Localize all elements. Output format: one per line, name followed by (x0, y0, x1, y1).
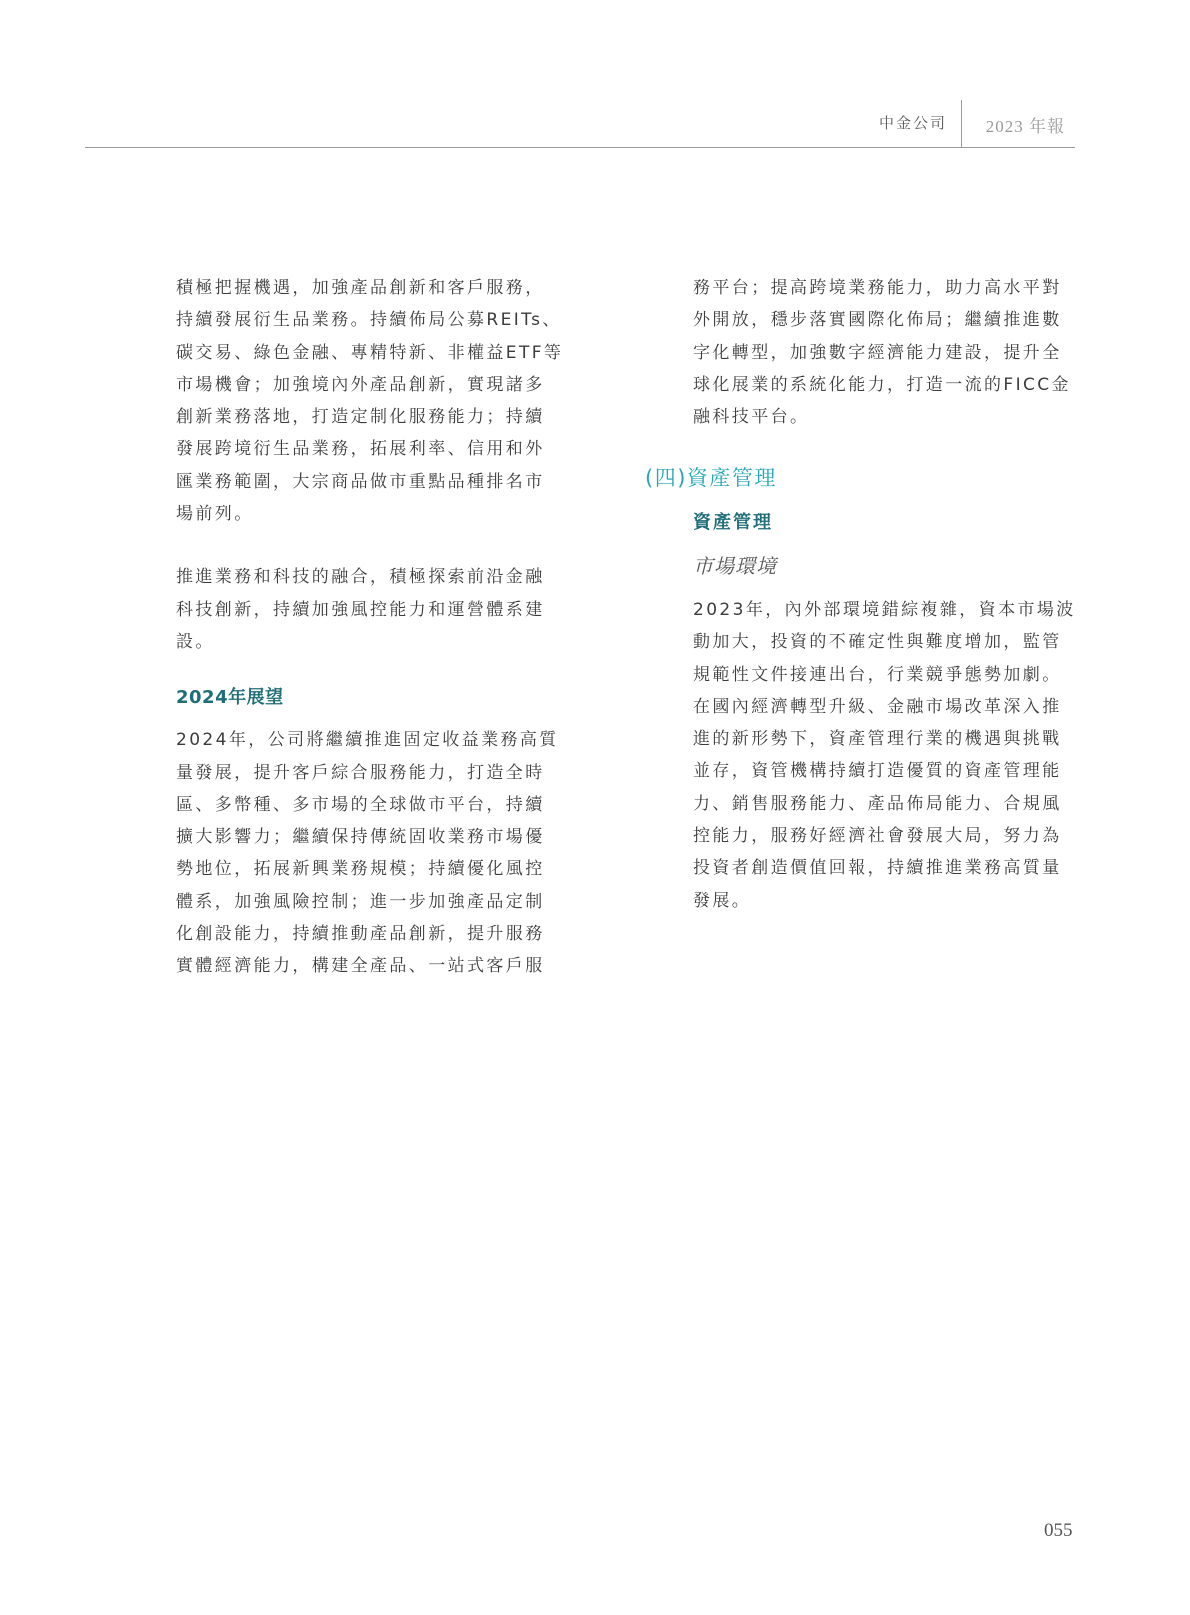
text-line: 擴大影響力；繼續保持傳統固收業務市場優 (176, 821, 561, 853)
header-company-name: 中金公司 (879, 112, 947, 133)
text-line: 科技創新，持續加強風控能力和運營體系建 (176, 594, 561, 626)
page-header: 中金公司 2023 年報 (85, 100, 1075, 148)
text-line: 進的新形勢下，資產管理行業的機遇與挑戰 (693, 723, 1078, 755)
paragraph-fintech: 推進業務和科技的融合，積極探索前沿金融 科技創新，持續加強風控能力和運營體系建 … (176, 561, 561, 658)
paragraph-derivatives: 積極把握機遇，加強產品創新和客戶服務， 持續發展衍生品業務。持續佈局公募REIT… (176, 272, 561, 530)
text-line: 投資者創造價值回報，持續推進業務高質量 (693, 852, 1078, 884)
subheading-asset-management: 資產管理 (693, 508, 773, 534)
right-column-lower: 2023年，內外部環境錯綜複雜，資本市場波 動加大，投資的不確定性與難度增加，監… (693, 594, 1078, 917)
text-line: 球化展業的系統化能力，打造一流的FICC金 (693, 369, 1078, 401)
left-column: 積極把握機遇，加強產品創新和客戶服務， 持續發展衍生品業務。持續佈局公募REIT… (176, 272, 561, 983)
text-line: 持續發展衍生品業務。持續佈局公募REITs、 (176, 304, 561, 336)
paragraph-market-environment: 2023年，內外部環境錯綜複雜，資本市場波 動加大，投資的不確定性與難度增加，監… (693, 594, 1078, 917)
text-line: 控能力，服務好經濟社會發展大局，努力為 (693, 820, 1078, 852)
text-line: 發展。 (693, 885, 1078, 917)
text-line: 場前列。 (176, 498, 561, 530)
text-line: 字化轉型，加強數字經濟能力建設，提升全 (693, 337, 1078, 369)
text-line: 推進業務和科技的融合，積極探索前沿金融 (176, 561, 561, 593)
text-line: 市場機會；加強境內外產品創新，實現諸多 (176, 369, 561, 401)
text-line: 匯業務範圍，大宗商品做市重點品種排名市 (176, 466, 561, 498)
paragraph-ficc-platform: 務平台；提高跨境業務能力，助力高水平對 外開放，穩步落實國際化佈局；繼續推進數 … (693, 272, 1078, 433)
subheading-market-environment: 市場環境 (693, 550, 777, 579)
text-line: 碳交易、綠色金融、專精特新、非權益ETF等 (176, 337, 561, 369)
text-line: 區、多幣種、多市場的全球做市平台，持續 (176, 789, 561, 821)
text-line: 量發展，提升客戶綜合服務能力，打造全時 (176, 757, 561, 789)
text-line: 積極把握機遇，加強產品創新和客戶服務， (176, 272, 561, 304)
spacer (176, 530, 561, 561)
text-line: 化創設能力，持續推動產品創新，提升服務 (176, 918, 561, 950)
text-line: 動加大，投資的不確定性與難度增加，監管 (693, 626, 1078, 658)
text-line: 實體經濟能力，構建全產品、一站式客戶服 (176, 950, 561, 982)
text-line: 2023年，內外部環境錯綜複雜，資本市場波 (693, 594, 1078, 626)
text-line: 外開放，穩步落實國際化佈局；繼續推進數 (693, 304, 1078, 336)
text-line: 勢地位，拓展新興業務規模；持續優化風控 (176, 853, 561, 885)
header-divider (961, 100, 962, 147)
right-column: 務平台；提高跨境業務能力，助力高水平對 外開放，穩步落實國際化佈局；繼續推進數 … (693, 272, 1078, 433)
spacer (176, 714, 561, 724)
text-line: 並存，資管機構持續打造優質的資產管理能 (693, 755, 1078, 787)
page-number: 055 (1044, 1520, 1073, 1542)
text-line: 務平台；提高跨境業務能力，助力高水平對 (693, 272, 1078, 304)
paragraph-outlook: 2024年，公司將繼續推進固定收益業務高質 量發展，提升客戶綜合服務能力，打造全… (176, 724, 561, 982)
text-line: 發展跨境衍生品業務，拓展利率、信用和外 (176, 433, 561, 465)
text-line: 體系，加強風險控制；進一步加強產品定制 (176, 886, 561, 918)
text-line: 在國內經濟轉型升級、金融市場改革深入推 (693, 691, 1078, 723)
heading-2024-outlook: 2024年展望 (176, 682, 561, 714)
text-line: 規範性文件接連出台，行業競爭態勢加劇。 (693, 659, 1078, 691)
spacer (176, 658, 561, 682)
text-line: 融科技平台。 (693, 401, 1078, 433)
text-line: 設。 (176, 626, 561, 658)
text-line: 創新業務落地，打造定制化服務能力；持續 (176, 401, 561, 433)
section-heading-asset-management: (四)資產管理 (645, 462, 777, 492)
text-line: 2024年，公司將繼續推進固定收益業務高質 (176, 724, 561, 756)
header-report-title: 2023 年報 (986, 112, 1065, 137)
text-line: 力、銷售服務能力、產品佈局能力、合規風 (693, 788, 1078, 820)
